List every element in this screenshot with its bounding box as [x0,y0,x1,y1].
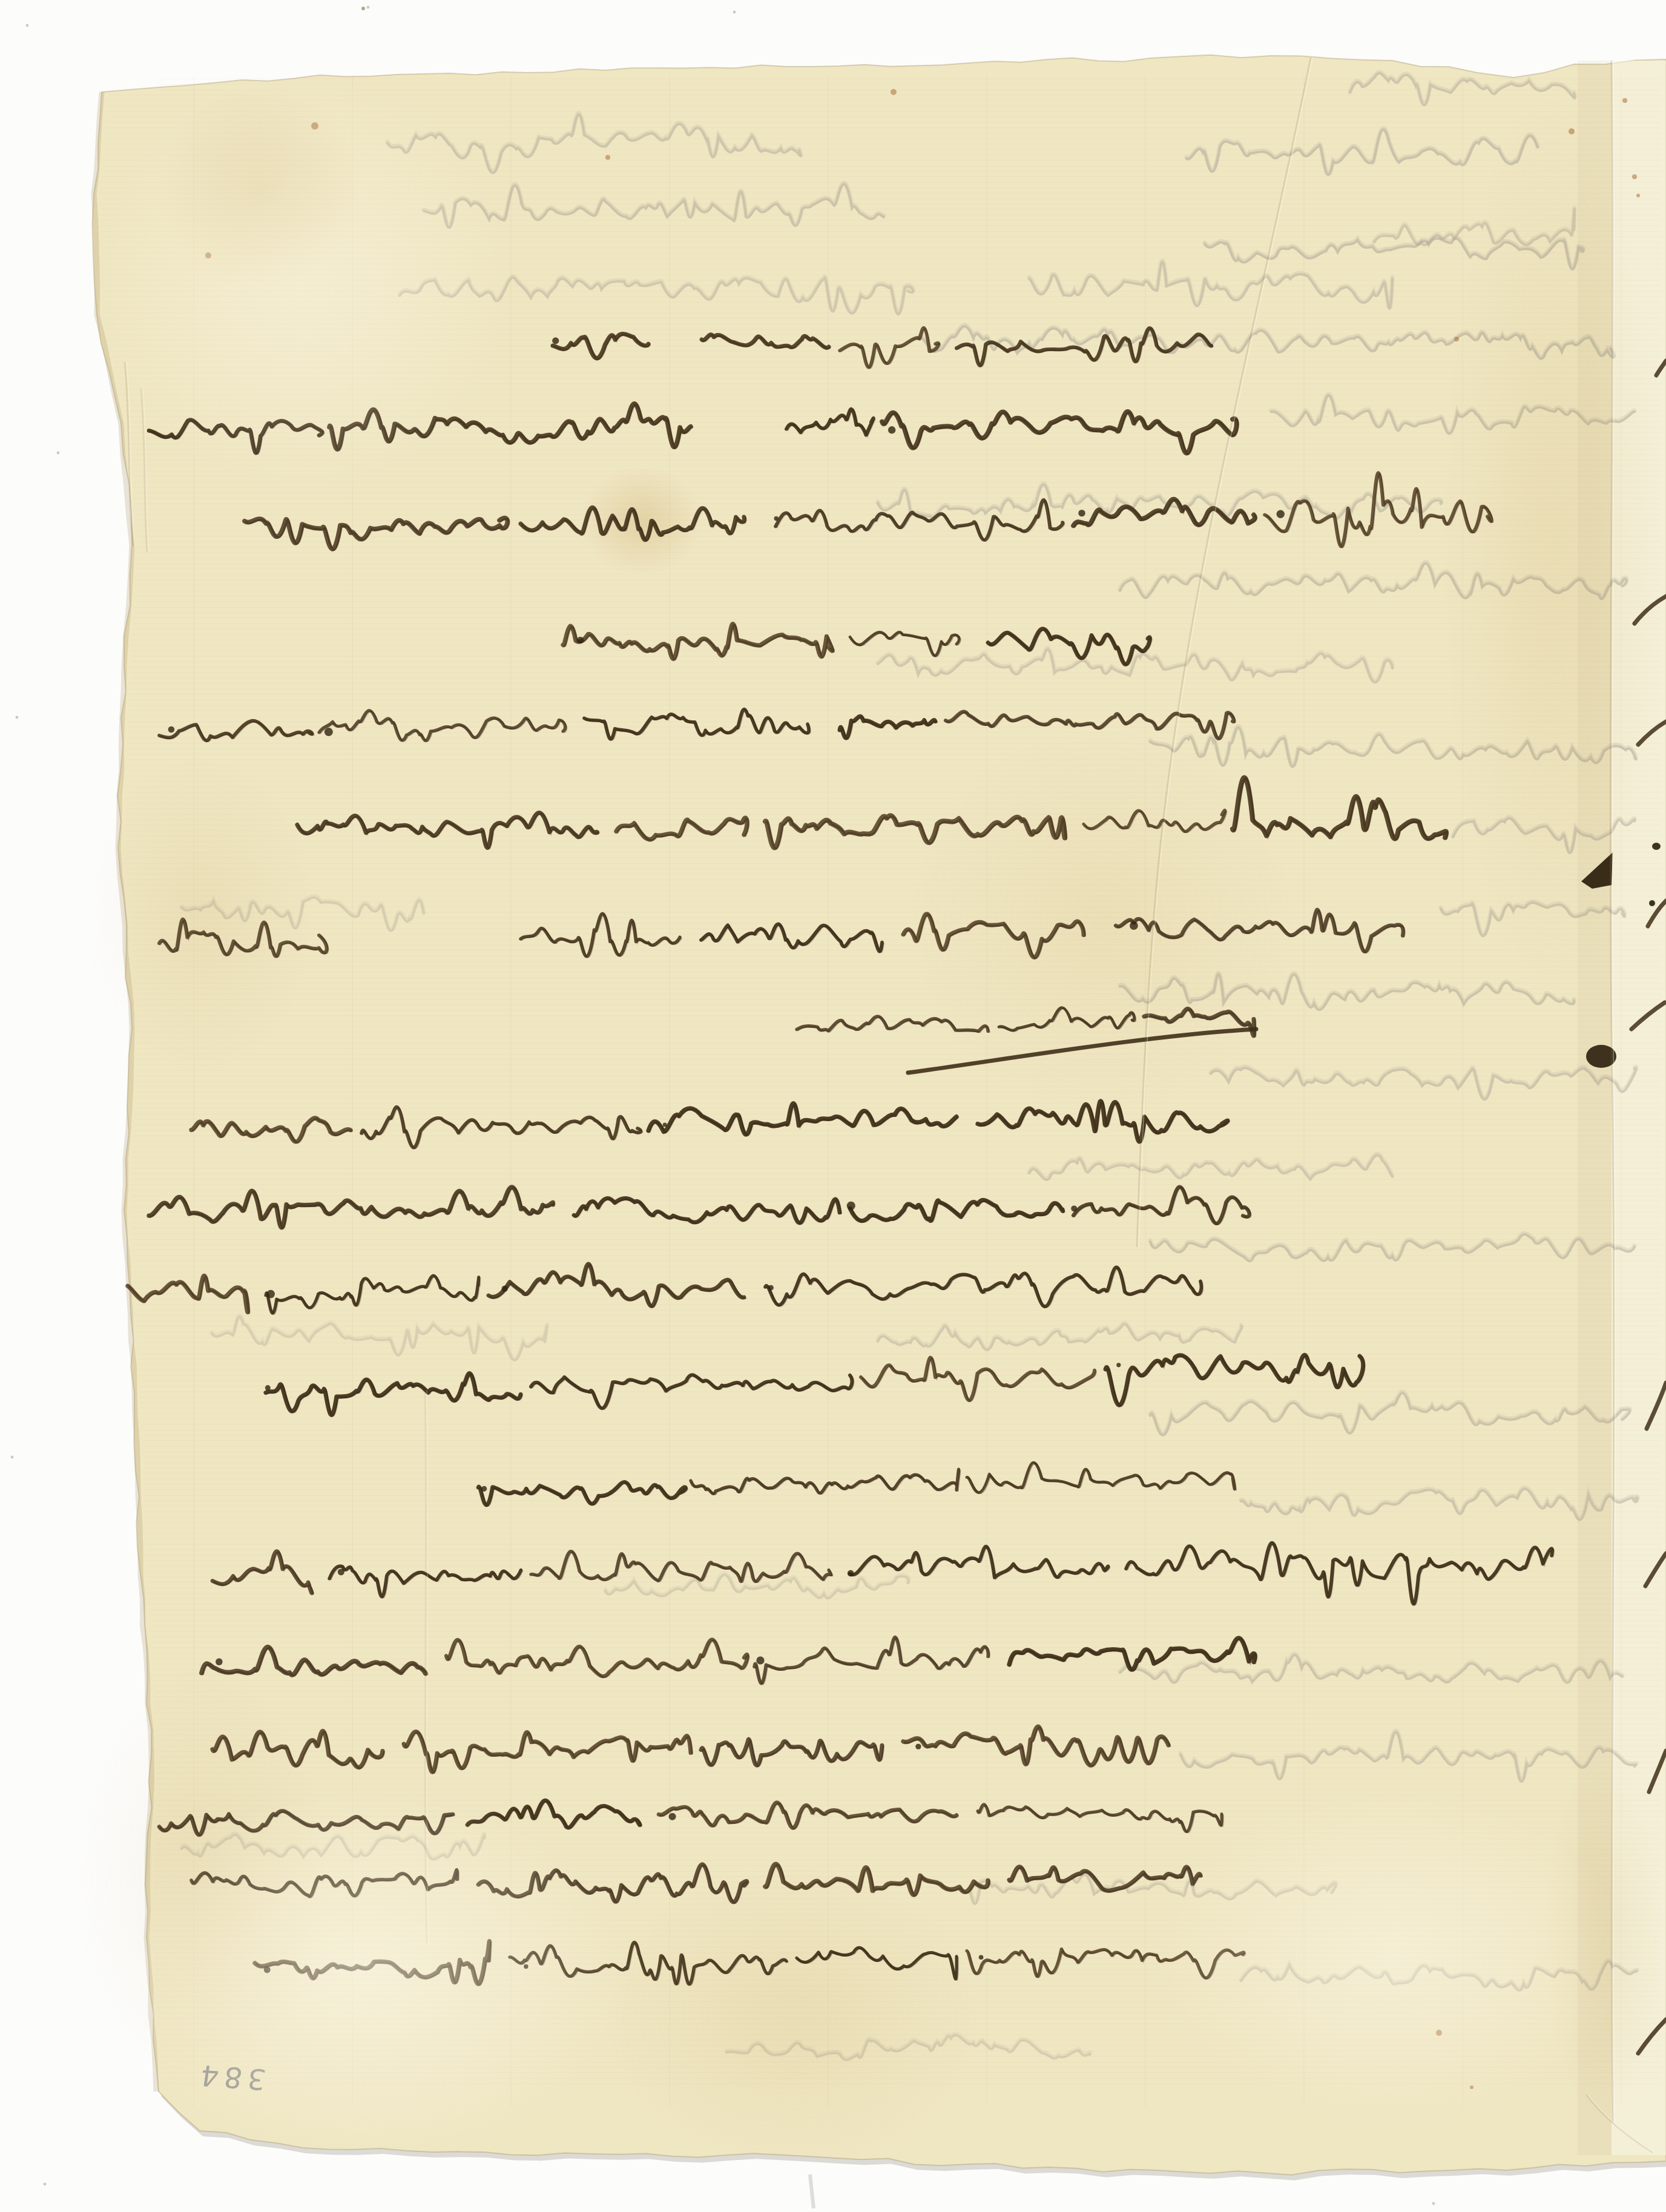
folio-number: 384 [177,2053,285,2099]
scanned-document: 384 [0,0,1666,2212]
manuscript-page-scan [0,0,1666,2212]
